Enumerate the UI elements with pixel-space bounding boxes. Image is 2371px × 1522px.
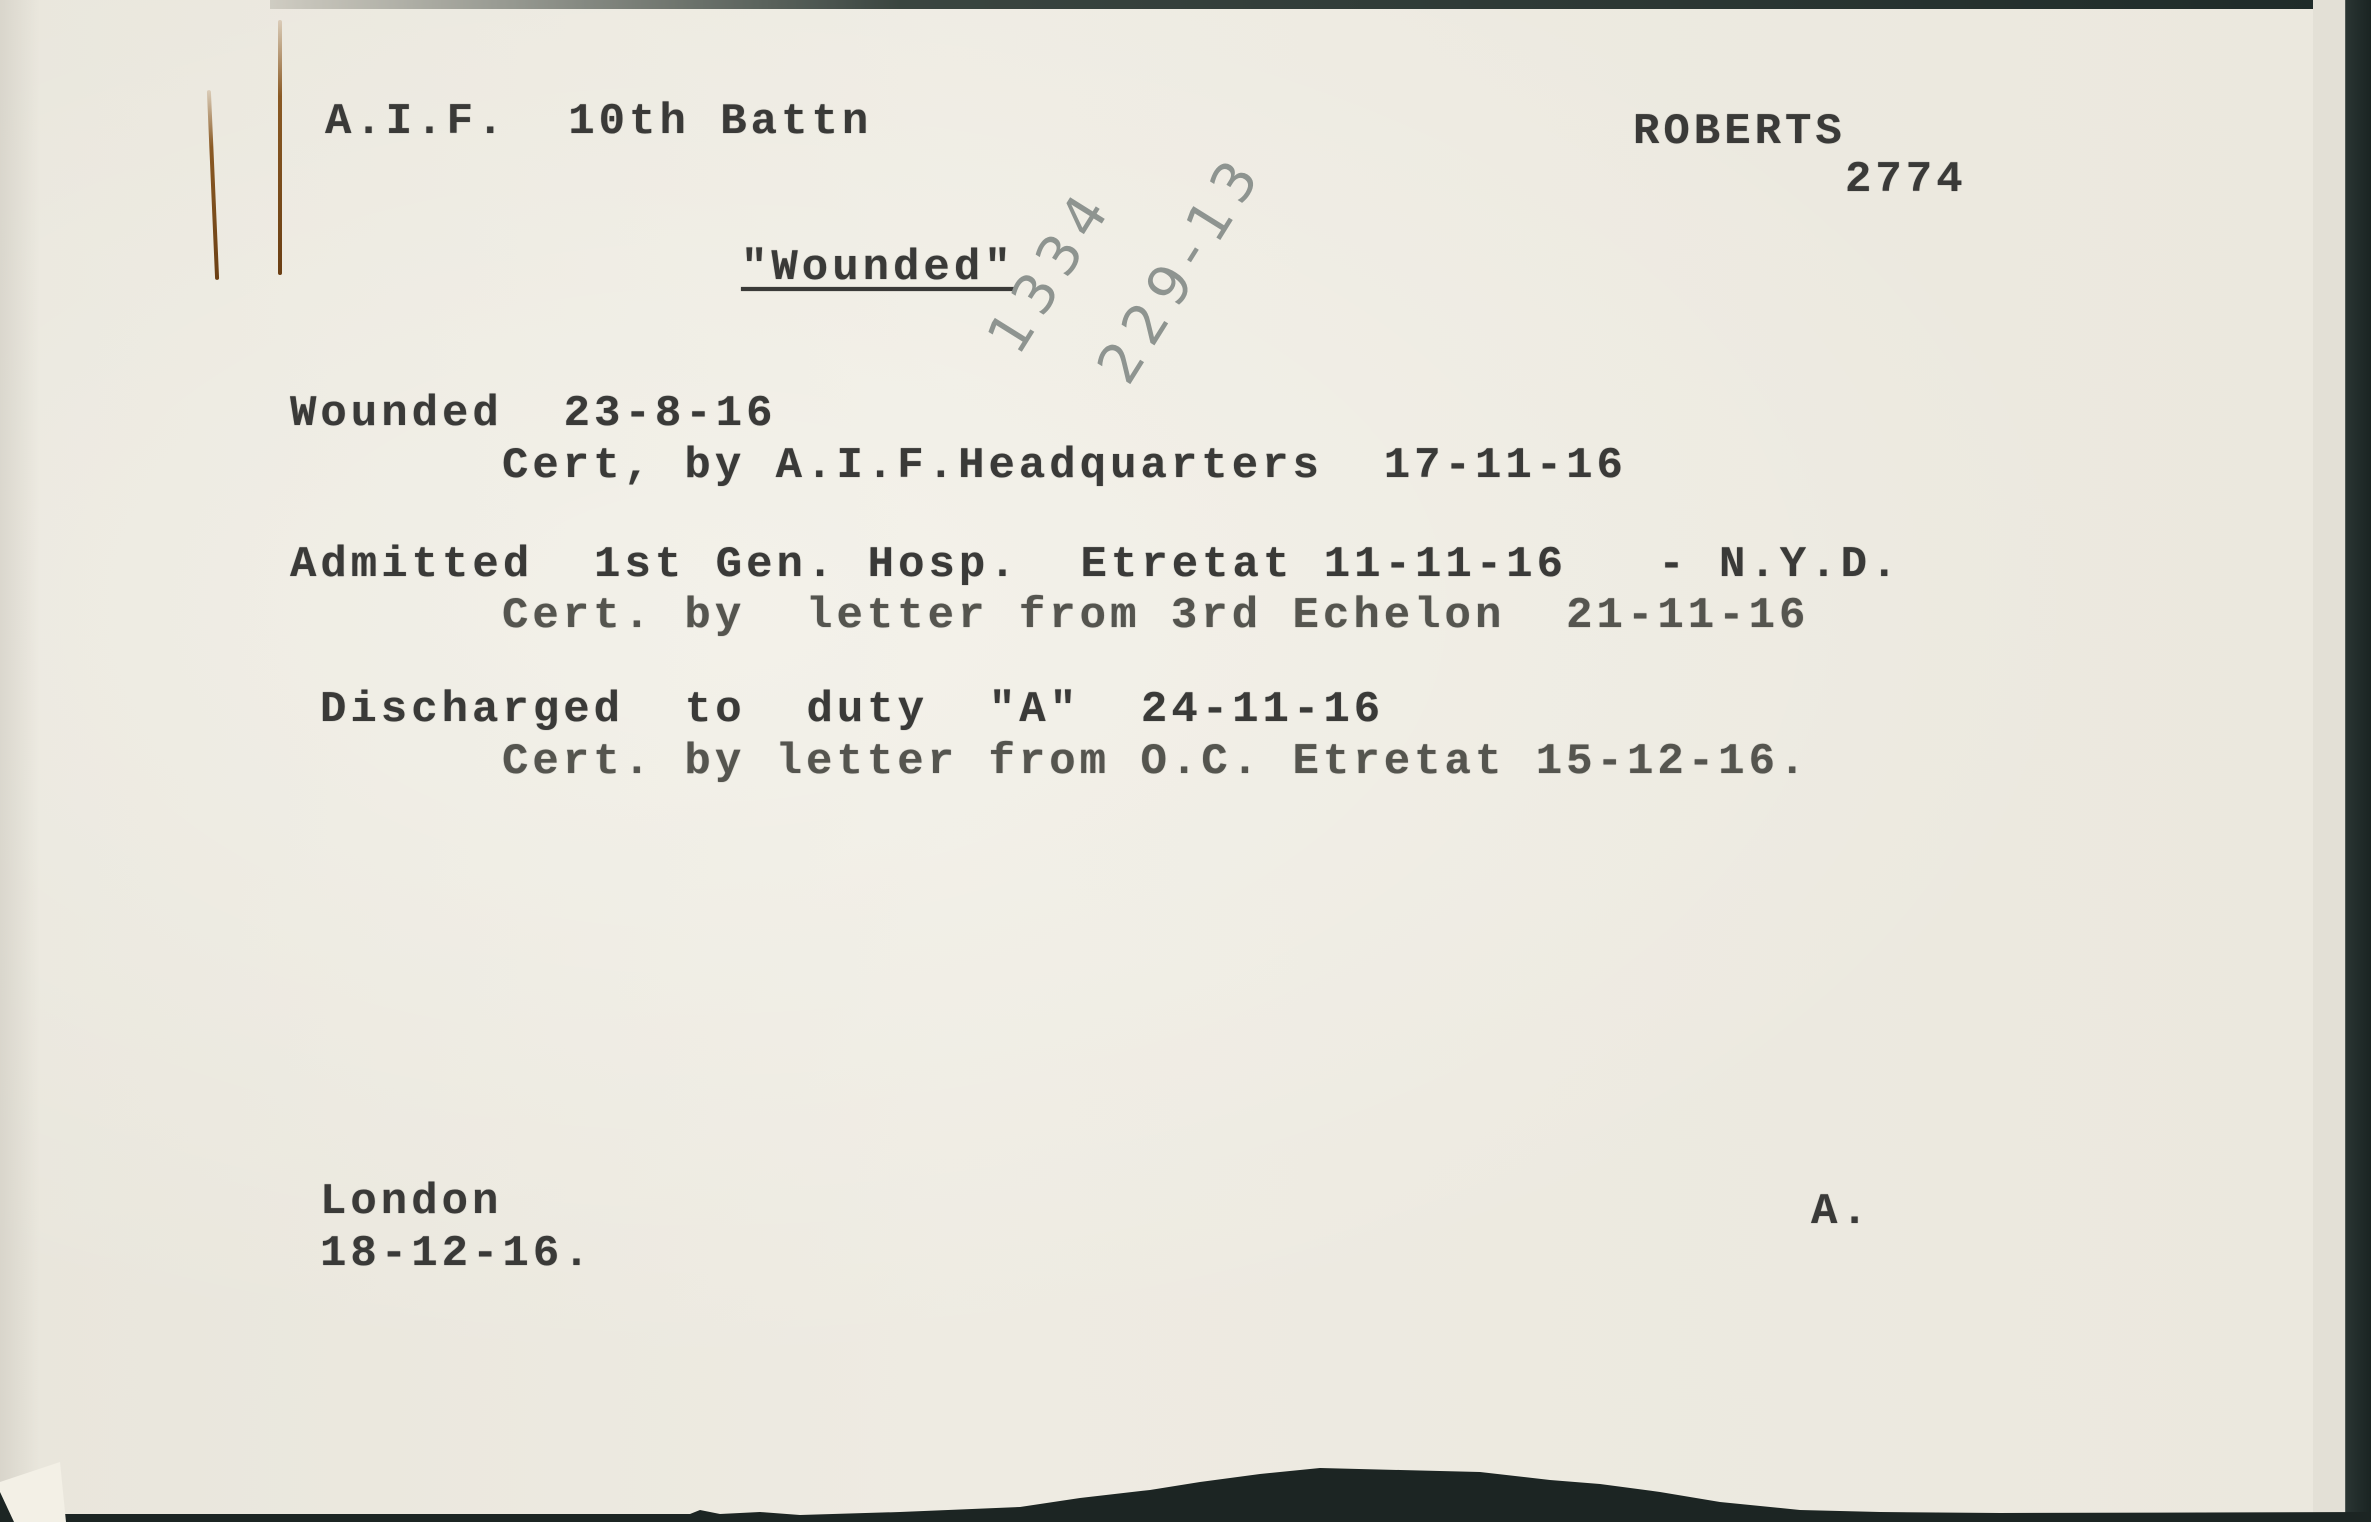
scan-background-right — [2313, 0, 2371, 1522]
entry-3-certification: Cert. by letter from O.C. Etretat 15-12-… — [502, 740, 1809, 784]
unit-label: A.I.F. 10th Battn — [325, 100, 872, 144]
entry-3-event: Discharged to duty "A" 24-11-16 — [320, 688, 1384, 732]
scan-background-top — [270, 0, 2371, 9]
record-card: A.I.F. 10th Battn ROBERTS 2774 "Wounded"… — [0, 0, 2371, 1522]
footer-date: 18-12-16. — [320, 1232, 594, 1276]
torn-bottom-edge — [0, 1452, 2371, 1522]
entry-1-certification: Cert, by A.I.F.Headquarters 17-11-16 — [502, 444, 1627, 488]
footer-initial: A. — [1811, 1190, 1872, 1234]
surname: ROBERTS — [1633, 110, 1846, 154]
torn-corner — [0, 1452, 70, 1522]
binding-line-left — [207, 90, 219, 280]
entry-2-certification: Cert. by letter from 3rd Echelon 21-11-1… — [502, 594, 1809, 638]
footer-place: London — [320, 1180, 502, 1224]
service-number: 2774 — [1845, 158, 1967, 202]
handwritten-note-2: 229-13 — [1085, 141, 1277, 395]
binding-line-right — [278, 20, 282, 275]
card-left-edge — [0, 0, 40, 1522]
card-heading: "Wounded" — [741, 246, 1015, 290]
entry-1-event: Wounded 23-8-16 — [290, 392, 776, 436]
entry-2-event: Admitted 1st Gen. Hosp. Etretat 11-11-16… — [290, 543, 1901, 587]
